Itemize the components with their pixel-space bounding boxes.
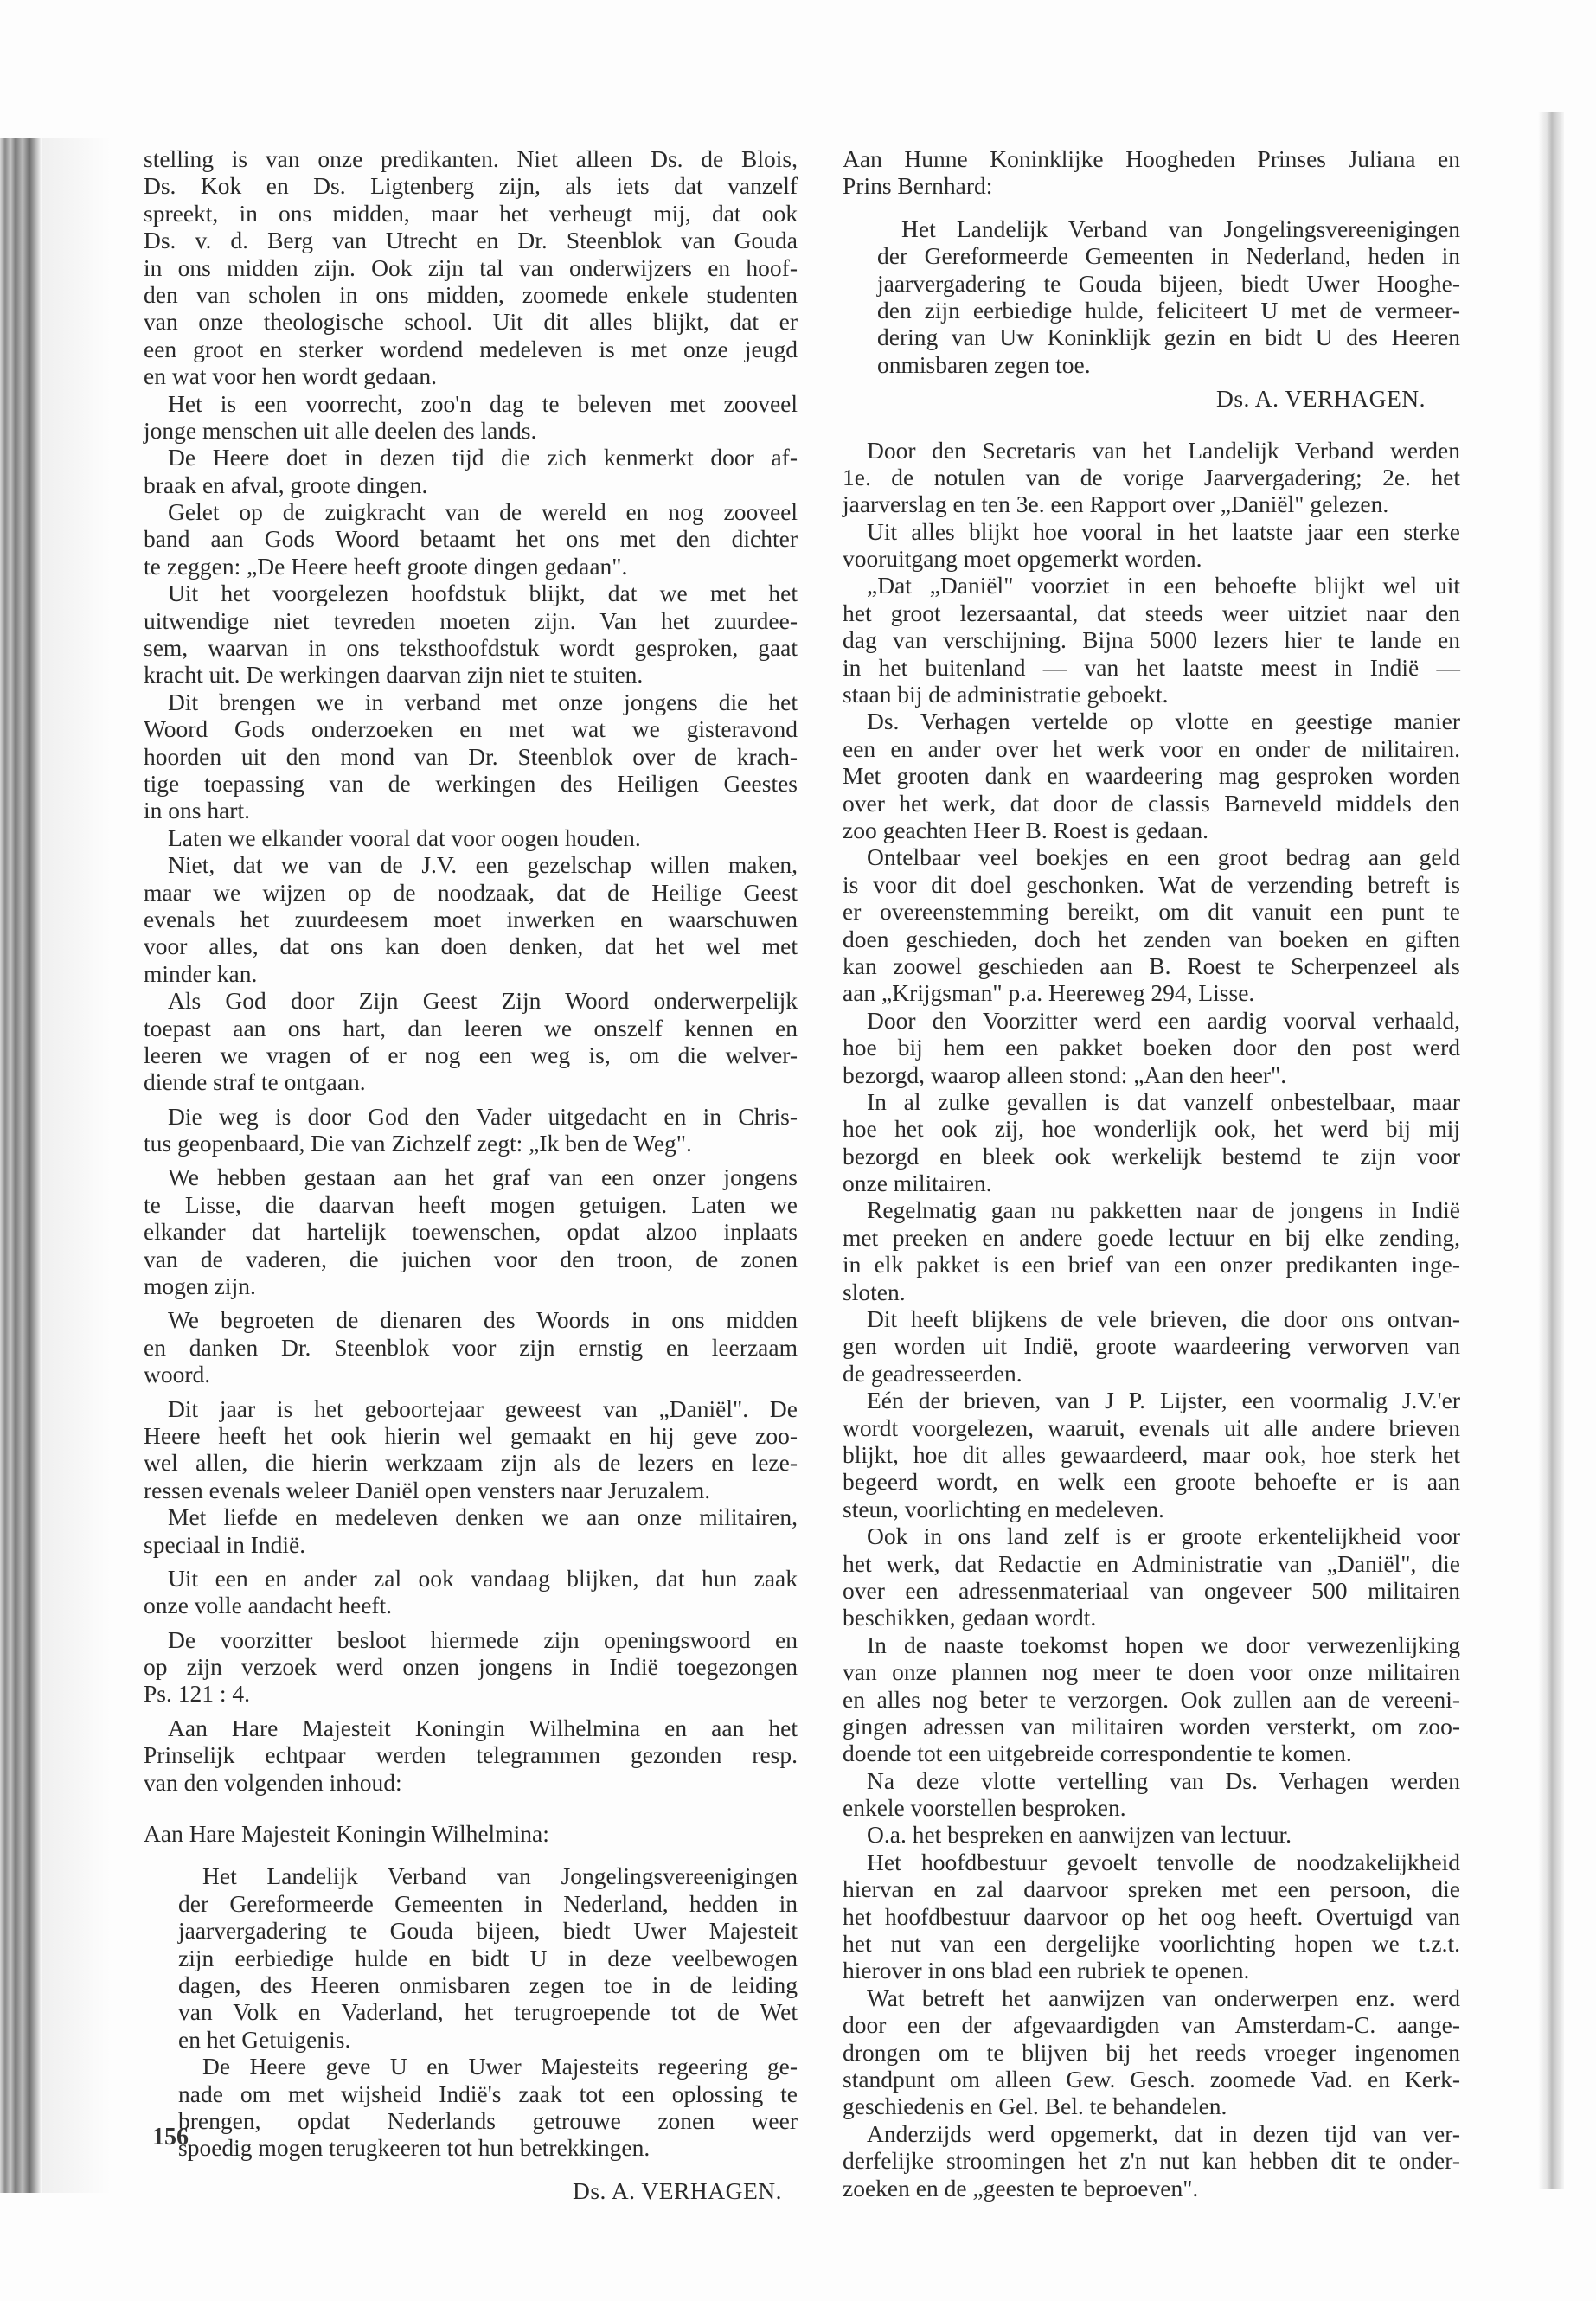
text-line: onze volle aandacht heeft.	[144, 1592, 798, 1618]
text-line: Dit brengen we in verband met onze jonge…	[144, 689, 798, 715]
text-line: bezorgd, waarop alleen stond: „Aan den h…	[843, 1061, 1460, 1088]
text-line: Eén der brieven, van J P. Lijster, een v…	[843, 1387, 1460, 1413]
text-line: er overeenstemming bereikt, om dit vanui…	[843, 898, 1460, 925]
paragraph: In de naaste toekomst hopen we door verw…	[843, 1631, 1460, 1767]
text-line: drongen om te blijven bij het reeds vroe…	[843, 2039, 1460, 2066]
paragraph: De voorzitter besloot hiermede zijn open…	[144, 1626, 798, 1708]
text-line: Prins Bernhard:	[843, 172, 1460, 199]
text-line: De Heere doet in dezen tijd die zich ken…	[144, 444, 798, 471]
text-line: Ds. v. d. Berg van Utrecht en Dr. Steenb…	[144, 227, 798, 253]
text-line: hiervan en zal daarvoor spreken met een …	[843, 1875, 1460, 1902]
text-line: den zijn eerbiedige hulde, feliciteert U…	[843, 297, 1460, 324]
text-line: van den volgenden inhoud:	[144, 1769, 798, 1796]
text-line: van de vaderen, die juichen voor den tro…	[144, 1246, 798, 1272]
text-line: aan „Krijgsman" p.a. Heereweg 294, Lisse…	[843, 979, 1460, 1006]
text-line: zoeken en de „geesten te beproeven".	[843, 2175, 1460, 2202]
text-line: Ps. 121 : 4.	[144, 1680, 798, 1707]
paragraph: In al zulke gevallen is dat vanzelf onbe…	[843, 1088, 1460, 1197]
text-line: We hebben gestaan aan het graf van een o…	[144, 1163, 798, 1190]
text-line: Door den Secretaris van het Landelijk Ve…	[843, 437, 1460, 464]
text-line: Niet, dat we van de J.V. een gezelschap …	[144, 851, 798, 878]
text-line: 1e. de notulen van de vorige Jaarvergade…	[843, 464, 1460, 490]
text-line: zijn eerbiedige hulde en bidt U in deze …	[144, 1945, 798, 1971]
text-line: onze militairen.	[843, 1170, 1460, 1196]
text-line: tige toepassing van de werkingen des Hei…	[144, 770, 798, 797]
text-line: is voor dit doel geschonken. Wat de verz…	[843, 871, 1460, 898]
text-line: elkander dat hartelijk toewenschen, opda…	[144, 1218, 798, 1245]
signature: Ds. A. VERHAGEN.	[843, 385, 1460, 412]
text-line: „Dat „Daniël" voorziet in een behoefte b…	[843, 572, 1460, 599]
text-line: doende tot een uitgebreide correspondent…	[843, 1740, 1460, 1766]
text-line: beschikken, gedaan wordt.	[843, 1604, 1460, 1631]
paragraph: Uit alles blijkt hoe vooral in het laats…	[843, 518, 1460, 573]
text-line: met preeken en andere goede lectuur en b…	[843, 1224, 1460, 1251]
text-line: Ontelbaar veel boekjes en een groot bedr…	[843, 843, 1460, 870]
text-line: steun, voorlichting en medeleven.	[843, 1496, 1460, 1522]
paragraph: Met liefde en medeleven denken we aan on…	[144, 1503, 798, 1558]
paragraph: Na deze vlotte vertelling van Ds. Verhag…	[843, 1767, 1460, 1822]
paragraph: Die weg is door God den Vader uitgedacht…	[144, 1103, 798, 1157]
text-line: in ons midden zijn. Ook zijn tal van ond…	[144, 254, 798, 281]
page-edge-shadow	[1538, 112, 1564, 2189]
text-line: Ds. Verhagen vertelde op vlotte en geest…	[843, 708, 1460, 734]
text-line: Heere heeft het ook hierin wel gemaakt e…	[144, 1422, 798, 1449]
text-line: de geadresseerden.	[843, 1360, 1460, 1387]
text-line: Wat betreft het aanwijzen van onderwerpe…	[843, 1984, 1460, 2011]
text-line: zoo geachten Heer B. Roest is gedaan.	[843, 817, 1460, 843]
text-line: te zeggen: „De Heere heeft groote dingen…	[144, 553, 798, 580]
text-line: den van scholen in ons midden, zoomede e…	[144, 281, 798, 308]
signature: Ds. A. VERHAGEN.	[144, 2177, 798, 2204]
text-line: nade om met wijsheid Indië's zaak tot ee…	[144, 2080, 798, 2107]
text-line: Dit heeft blijkens de vele brieven, die …	[843, 1305, 1460, 1332]
paragraph: Het hoofdbestuur gevoelt tenvolle de noo…	[843, 1849, 1460, 1984]
text-line: van Volk en Vaderland, het terugroepende…	[144, 1998, 798, 2025]
text-line: Het is een voorrecht, zoo'n dag te belev…	[144, 390, 798, 417]
paragraph: Uit een en ander zal ook vandaag blijken…	[144, 1565, 798, 1619]
text-line: diende straf te ontgaan.	[144, 1068, 798, 1095]
text-line: blijkt, hoe dit alles gewaardeerd, maar …	[843, 1441, 1460, 1468]
text-line: De Heere geve U en Uwer Majesteits regee…	[144, 2053, 798, 2080]
text-line: bezorgd en bleek ook werkelijk bestemd t…	[843, 1143, 1460, 1170]
text-line: onmisbaren zegen toe.	[843, 351, 1460, 378]
text-line: over een adressenmateriaal van ongeveer …	[843, 1577, 1460, 1604]
text-line: Het Landelijk Verband van Jongelingsvere…	[144, 1862, 798, 1889]
text-line: hoe het ook zij, hoe wonderlijk ook, het…	[843, 1115, 1460, 1142]
text-line: speciaal in Indië.	[144, 1531, 798, 1558]
paragraph: Het is een voorrecht, zoo'n dag te belev…	[144, 390, 798, 445]
text-line: gen worden uit Indië, groote waardeering…	[843, 1332, 1460, 1359]
paragraph: Anderzijds werd opgemerkt, dat in dezen …	[843, 2120, 1460, 2202]
book-binding-shadow	[0, 138, 42, 2193]
text-line: uitwendige niet tevreden moeten zijn. Va…	[144, 607, 798, 634]
text-line: en het Getuigenis.	[144, 2026, 798, 2053]
text-line: jaarvergadering te Gouda bijeen, biedt U…	[144, 1917, 798, 1944]
text-line: Woord Gods onderzoeken en met wat we gis…	[144, 715, 798, 742]
paragraph: Door den Voorzitter werd een aardig voor…	[843, 1007, 1460, 1088]
text-line: kan zoowel geschieden aan B. Roest te Sc…	[843, 952, 1460, 979]
text-line: Ds. Kok en Ds. Ligtenberg zijn, als iets…	[144, 172, 798, 199]
text-line: een groot en sterker wordend medeleven i…	[144, 336, 798, 362]
text-line: hierover in ons blad een rubriek te open…	[843, 1957, 1460, 1984]
paragraph: Ook in ons land zelf is er groote erkent…	[843, 1522, 1460, 1631]
text-line: in het buitenland — van het laatste mees…	[843, 654, 1460, 681]
text-line: van onze theologische school. Uit dit al…	[144, 308, 798, 335]
text-line: het hoofdbestuur daarvoor op het oog hee…	[843, 1903, 1460, 1930]
text-line: In al zulke gevallen is dat vanzelf onbe…	[843, 1088, 1460, 1115]
text-line: enkele voorstellen besproken.	[843, 1794, 1460, 1821]
text-line: Aan Hare Majesteit Koningin Wilhelmina e…	[144, 1715, 798, 1741]
text-line: het groot lezersaantal, dat steeds weer …	[843, 599, 1460, 626]
text-line: Dit jaar is het geboortejaar geweest van…	[144, 1395, 798, 1422]
paragraph: „Dat „Daniël" voorziet in een behoefte b…	[843, 572, 1460, 708]
text-line: het nut van een dergelijke voorlichting …	[843, 1930, 1460, 1957]
text-line: Laten we elkander vooral dat voor oogen …	[144, 824, 798, 851]
text-line: Als God door Zijn Geest Zijn Woord onder…	[144, 987, 798, 1014]
text-line: O.a. het bespreken en aanwijzen van lect…	[843, 1821, 1460, 1848]
telegram-heading: Aan Hare Majesteit Koningin Wilhelmina:	[144, 1820, 798, 1847]
text-line: maar we wijzen op de noodzaak, dat de He…	[144, 879, 798, 906]
text-line: ressen evenals weleer Daniël open venste…	[144, 1477, 798, 1503]
text-line: De voorzitter besloot hiermede zijn open…	[144, 1626, 798, 1653]
text-line: van onze plannen nog meer te doen voor o…	[843, 1658, 1460, 1685]
telegram-body: Het Landelijk Verband van Jongelingsvere…	[843, 215, 1460, 378]
text-line: een en ander over het werk voor en onder…	[843, 735, 1460, 762]
text-line: te Lisse, die daarvan heeft mogen getuig…	[144, 1191, 798, 1218]
text-line: Door den Voorzitter werd een aardig voor…	[843, 1007, 1460, 1034]
text-line: woord.	[144, 1361, 798, 1388]
paragraph: Door den Secretaris van het Landelijk Ve…	[843, 437, 1460, 518]
text-line: doen geschieden, doch het zenden van boe…	[843, 926, 1460, 952]
text-line: stelling is van onze predikanten. Niet a…	[144, 145, 798, 172]
text-line: staan bij de administratie geboekt.	[843, 681, 1460, 708]
text-line: het werk, dat Redactie en Administratie …	[843, 1550, 1460, 1577]
paragraph: Eén der brieven, van J P. Lijster, een v…	[843, 1387, 1460, 1522]
text-line: jaarvergadering te Gouda bijeen, biedt U…	[843, 270, 1460, 297]
text-line: Het Landelijk Verband van Jongelingsvere…	[843, 215, 1460, 242]
text-line: in ons hart.	[144, 797, 798, 824]
text-line: braak en afval, groote dingen.	[144, 471, 798, 498]
text-line: dering van Uw Koninklijk gezin en bidt U…	[843, 324, 1460, 350]
paragraph: Ds. Verhagen vertelde op vlotte en geest…	[843, 708, 1460, 843]
text-line: minder kan.	[144, 960, 798, 987]
text-line: Die weg is door God den Vader uitgedacht…	[144, 1103, 798, 1130]
paragraph: Als God door Zijn Geest Zijn Woord onder…	[144, 987, 798, 1096]
paragraph: Gelet op de zuigkracht van de wereld en …	[144, 498, 798, 580]
paragraph: We hebben gestaan aan het graf van een o…	[144, 1163, 798, 1299]
text-line: gingen adressen van militairen worden ve…	[843, 1713, 1460, 1740]
text-line: over het werk, dat door de classis Barne…	[843, 790, 1460, 817]
telegram-body: Het Landelijk Verband van Jongelingsvere…	[144, 1862, 798, 2053]
text-line: band aan Gods Woord betaamt het ons met …	[144, 525, 798, 552]
text-line: door een der afgevaardigden van Amsterda…	[843, 2011, 1460, 2038]
text-line: dagen, des Heeren onmisbaren zegen toe i…	[144, 1971, 798, 1998]
paragraph: Laten we elkander vooral dat voor oogen …	[144, 824, 798, 851]
paragraph: Dit jaar is het geboortejaar geweest van…	[144, 1395, 798, 1504]
text-line: derfelijke stroomingen het z'n nut kan h…	[843, 2147, 1460, 2174]
text-line: kracht uit. De werkingen daarvan zijn ni…	[144, 661, 798, 688]
text-line: der Gereformeerde Gemeenten in Nederland…	[144, 1890, 798, 1917]
text-line: sloten.	[843, 1279, 1460, 1305]
paragraph: Ontelbaar veel boekjes en een groot bedr…	[843, 843, 1460, 1006]
text-line: wel allen, die hierin werkzaam zijn als …	[144, 1449, 798, 1476]
text-line: geschiedenis en Gel. Bel. te behandelen.	[843, 2093, 1460, 2119]
gutter-shade	[42, 138, 111, 2193]
paragraph: We begroeten de dienaren des Woords in o…	[144, 1306, 798, 1388]
text-line: spoedig mogen terugkeeren tot hun betrek…	[144, 2134, 798, 2161]
paragraph: De Heere doet in dezen tijd die zich ken…	[144, 444, 798, 498]
paragraph: Dit heeft blijkens de vele brieven, die …	[843, 1305, 1460, 1387]
page-number: 156	[152, 2124, 189, 2151]
text-line: vooruitgang moet opgemerkt worden.	[843, 545, 1460, 572]
text-line: In de naaste toekomst hopen we door verw…	[843, 1631, 1460, 1658]
text-line: begeerd wordt, en welk een groote behoef…	[843, 1468, 1460, 1495]
text-line: en wat voor hen wordt gedaan.	[144, 362, 798, 389]
text-line: Anderzijds werd opgemerkt, dat in dezen …	[843, 2120, 1460, 2147]
telegram-heading: Aan Hunne Koninklijke Hoogheden Prinses …	[843, 145, 1460, 200]
text-line: Aan Hunne Koninklijke Hoogheden Prinses …	[843, 145, 1460, 172]
text-line: jaarverslag en ten 3e. een Rapport over …	[843, 490, 1460, 517]
text-line: We begroeten de dienaren des Woords in o…	[144, 1306, 798, 1333]
text-line: tus geopenbaard, Die van Zichzelf zegt: …	[144, 1130, 798, 1157]
text-line: Na deze vlotte vertelling van Ds. Verhag…	[843, 1767, 1460, 1794]
text-line: toepast aan ons hart, dan leeren we onsz…	[144, 1015, 798, 1042]
text-line: dag van verschijning. Bijna 5000 lezers …	[843, 626, 1460, 653]
text-line: Gelet op de zuigkracht van de wereld en …	[144, 498, 798, 525]
text-line: in elk pakket is een brief van een onzer…	[843, 1251, 1460, 1278]
telegram-body: De Heere geve U en Uwer Majesteits regee…	[144, 2053, 798, 2162]
left-column: stelling is van onze predikanten. Niet a…	[144, 145, 798, 2204]
text-line: der Gereformeerde Gemeenten in Nederland…	[843, 242, 1460, 269]
paragraph: O.a. het bespreken en aanwijzen van lect…	[843, 1821, 1460, 1848]
text-line: Uit een en ander zal ook vandaag blijken…	[144, 1565, 798, 1592]
text-line: Met grooten dank en waardeering mag gesp…	[843, 762, 1460, 789]
paragraph: stelling is van onze predikanten. Niet a…	[144, 145, 798, 390]
text-line: jonge menschen uit alle deelen des lands…	[144, 417, 798, 444]
text-line: Regelmatig gaan nu pakketten naar de jon…	[843, 1196, 1460, 1223]
text-line: mogen zijn.	[144, 1272, 798, 1299]
text-line: voor alles, dat ons kan doen denken, dat…	[144, 933, 798, 959]
paragraph: Uit het voorgelezen hoofdstuk blijkt, da…	[144, 580, 798, 689]
paragraph: Niet, dat we van de J.V. een gezelschap …	[144, 851, 798, 987]
text-line: wordt voorgelezen, waaruit, evenals uit …	[843, 1414, 1460, 1441]
text-line: en danken Dr. Steenblok voor zijn ernsti…	[144, 1334, 798, 1361]
paragraph: Regelmatig gaan nu pakketten naar de jon…	[843, 1196, 1460, 1305]
text-line: hoe bij hem een pakket boeken door den p…	[843, 1034, 1460, 1061]
text-line: Met liefde en medeleven denken we aan on…	[144, 1503, 798, 1530]
text-line: Uit het voorgelezen hoofdstuk blijkt, da…	[144, 580, 798, 606]
text-line: spreekt, in ons midden, maar het verheug…	[144, 200, 798, 227]
text-line: op zijn verzoek werd onzen jongens in In…	[144, 1653, 798, 1680]
text-line: Prinselijk echtpaar werden telegrammen g…	[144, 1741, 798, 1768]
right-column: Aan Hunne Koninklijke Hoogheden Prinses …	[843, 145, 1460, 2202]
text-line: brengen, opdat Nederlands getrouwe zonen…	[144, 2107, 798, 2134]
text-line: hoorden uit den mond van Dr. Steenblok o…	[144, 743, 798, 770]
scanned-page: stelling is van onze predikanten. Niet a…	[0, 0, 1596, 2301]
text-line: sem, waarvan in ons teksthoofdstuk wordt…	[144, 634, 798, 661]
text-line: Uit alles blijkt hoe vooral in het laats…	[843, 518, 1460, 545]
paragraph: Aan Hare Majesteit Koningin Wilhelmina e…	[144, 1715, 798, 1796]
text-line: evenals het zuurdeesem moet inwerken en …	[144, 906, 798, 933]
paragraph: Dit brengen we in verband met onze jonge…	[144, 689, 798, 824]
text-line: Het hoofdbestuur gevoelt tenvolle de noo…	[843, 1849, 1460, 1875]
text-line: Ook in ons land zelf is er groote erkent…	[843, 1522, 1460, 1549]
text-line: standpunt om alleen Gew. Gesch. zoomede …	[843, 2066, 1460, 2093]
paragraph: Wat betreft het aanwijzen van onderwerpe…	[843, 1984, 1460, 2120]
text-line: en alles nog beter te verzorgen. Ook zul…	[843, 1686, 1460, 1713]
text-line: leeren we vragen of er nog een weg is, o…	[144, 1042, 798, 1068]
